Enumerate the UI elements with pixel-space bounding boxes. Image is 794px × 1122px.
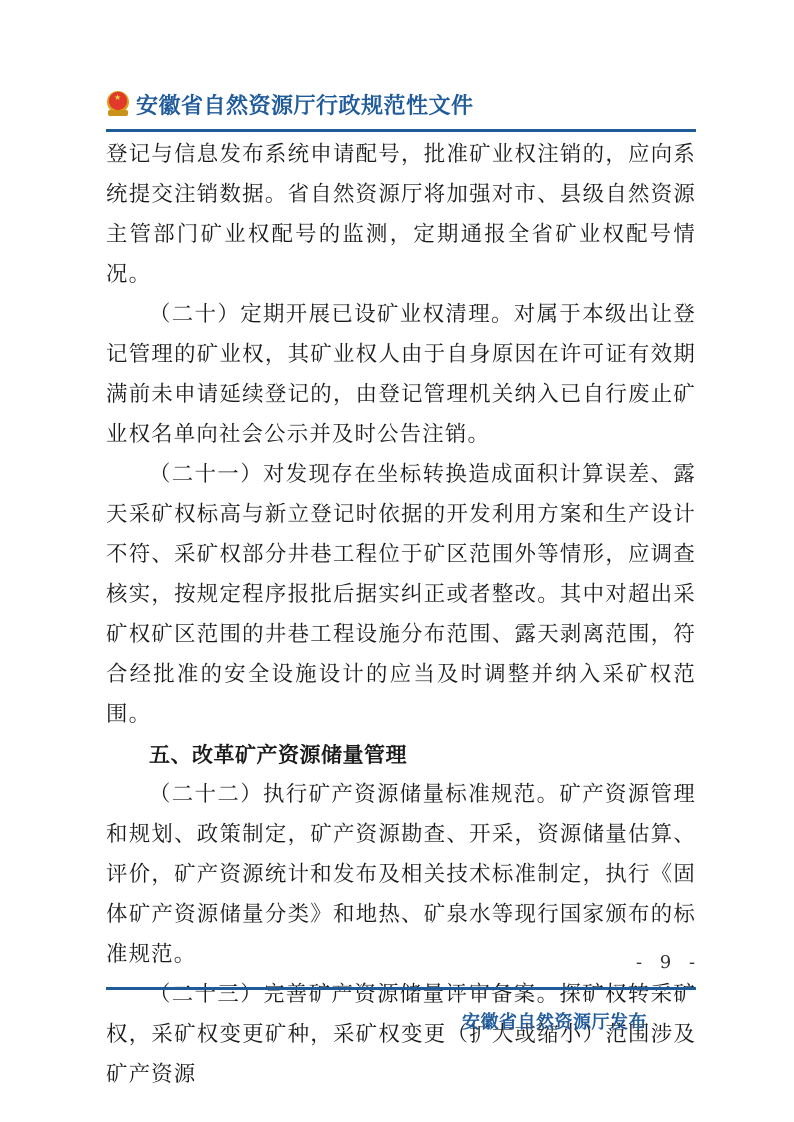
header-divider: [106, 129, 696, 132]
header-title: 安徽省自然资源厅行政规范性文件: [136, 89, 474, 120]
page-number: - 9 -: [636, 952, 701, 973]
paragraph-21: （二十一）对发现存在坐标转换造成面积计算误差、露天采矿权标高与新立登记时依据的开…: [106, 455, 696, 735]
footer-divider: [106, 987, 696, 990]
section-heading: 五、改革矿产资源储量管理: [106, 735, 696, 775]
paragraph-20: （二十）定期开展已设矿业权清理。对属于本级出让登记管理的矿业权，其矿业权人由于自…: [106, 295, 696, 455]
document-header: ★ 安徽省自然资源厅行政规范性文件: [106, 84, 474, 124]
footer-publisher: 安徽省自然资源厅发布: [462, 1008, 647, 1034]
paragraph-23: （二十三）完善矿产资源储量评审备案。探矿权转采矿权，采矿权变更矿种，采矿权变更（…: [106, 975, 696, 1095]
paragraph-22: （二十二）执行矿产资源储量标准规范。矿产资源管理和规划、政策制定，矿产资源勘查、…: [106, 775, 696, 975]
document-body: 登记与信息发布系统申请配号，批准矿业权注销的，应向系统提交注销数据。省自然资源厅…: [106, 135, 696, 1095]
paragraph-continued: 登记与信息发布系统申请配号，批准矿业权注销的，应向系统提交注销数据。省自然资源厅…: [106, 135, 696, 295]
national-emblem-icon: ★: [106, 91, 130, 117]
